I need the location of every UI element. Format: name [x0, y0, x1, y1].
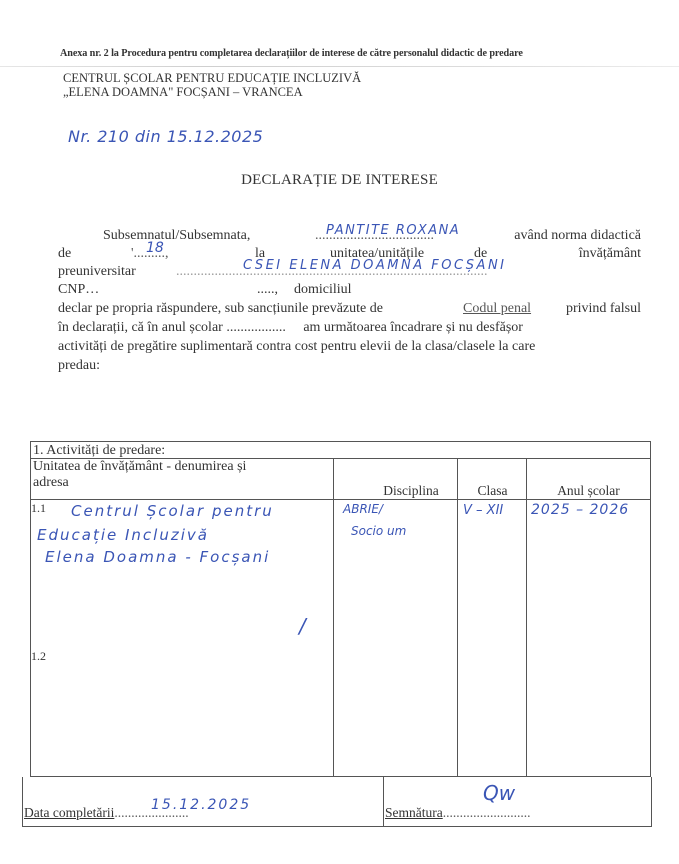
invatamant-label: învățământ — [579, 246, 641, 262]
row1-discipline-handwritten-2[interactable]: Socio um — [351, 524, 406, 538]
declaration-para-line-2: în declarații, că în anul școlar .......… — [58, 320, 641, 338]
norm-field[interactable]: 18 — [146, 240, 164, 256]
col-divider — [526, 458, 527, 776]
cnp-label: CNP… — [58, 282, 99, 298]
annex-reference: Anexa nr. 2 la Procedura pentru completa… — [60, 48, 523, 59]
row1-discipline-handwritten[interactable]: ABRIE/ — [343, 502, 383, 516]
row1-unit-handwritten-3[interactable]: Elena Doamna - Focșani — [45, 548, 270, 566]
para-text-4: predau: — [58, 358, 100, 373]
header-unit-line1: Unitatea de învățământ - denumirea și — [33, 459, 246, 475]
institution-name: CENTRUL ȘCOLAR PENTRU EDUCAȚIE INCLUZIVĂ… — [63, 71, 361, 99]
row1-school-year-handwritten[interactable]: 2025 – 2026 — [531, 502, 629, 518]
date-handwritten[interactable]: 15.12.2025 — [151, 797, 251, 813]
name-field[interactable]: PANTITE ROXANA — [326, 223, 460, 238]
col-divider — [333, 458, 334, 776]
de-label: de — [58, 246, 71, 262]
header-unit: Unitatea de învățământ - denumirea și ad… — [33, 459, 246, 491]
header-unit-line2: adresa — [33, 475, 246, 491]
norma-label: având norma didactică — [514, 228, 641, 244]
col-divider — [457, 458, 458, 776]
activities-table: 1. Activități de predare: Unitatea de în… — [30, 441, 651, 777]
section-title: 1. Activități de predare: — [33, 443, 165, 459]
signature-handwritten[interactable]: Qw — [483, 781, 515, 805]
registration-number-handwritten: Nr. 210 din 15.12.2025 — [68, 127, 263, 146]
row-index-1-1: 1.1 — [31, 501, 46, 516]
row1-unit-handwritten-2[interactable]: Educație Incluzivă — [37, 526, 209, 544]
para-text-1a: declar pe propria răspundere, sub sancți… — [58, 301, 383, 317]
row2-unit-handwritten[interactable]: / — [299, 614, 306, 638]
signature-label: Semnătura — [385, 805, 443, 820]
row1-class-handwritten[interactable]: V – XII — [463, 503, 503, 518]
preuniversitar-label: preuniversitar — [58, 264, 136, 280]
institution-line-1: CENTRUL ȘCOLAR PENTRU EDUCAȚIE INCLUZIVĂ — [63, 71, 361, 85]
signature-row: Data completării...................... 1… — [22, 777, 652, 827]
signature-dots: .......................... — [443, 805, 531, 820]
signature-field: Semnătura.......................... — [385, 805, 530, 821]
declaration-para-line-4: predau: — [58, 358, 641, 376]
para-text-3: activități de pregătire suplimentară con… — [58, 339, 535, 354]
domiciliu-label: domiciliul — [294, 282, 352, 298]
para-text-1b: privind falsul — [566, 301, 641, 317]
unit-field[interactable]: CSEI ELENA DOAMNA FOCȘANI — [243, 258, 507, 273]
date-label: Data completării — [24, 805, 114, 820]
cnp-dots: ....., — [257, 282, 278, 298]
para-text-2: în declarații, că în anul școlar .......… — [58, 320, 523, 335]
row-index-1-2: 1.2 — [31, 649, 46, 664]
declaration-line-3: preuniversitar .........................… — [58, 264, 641, 282]
declaration-para-line-1: declar pe propria răspundere, sub sancți… — [58, 301, 641, 319]
subsemnatul-label: Subsemnatul/Subsemnata, — [103, 228, 250, 244]
row-divider — [31, 499, 650, 500]
declaration-line-4: CNP… ....., domiciliul — [58, 282, 641, 300]
institution-line-2: „ELENA DOAMNA" FOCȘANI – VRANCEA — [63, 85, 361, 99]
header-discipline: Disciplina — [356, 483, 466, 499]
header-class: Clasa — [459, 483, 526, 499]
declaration-para-line-3: activități de pregătire suplimentară con… — [58, 339, 641, 357]
codul-penal-link[interactable]: Codul penal — [463, 301, 531, 317]
header-divider — [0, 66, 679, 67]
row1-unit-handwritten[interactable]: Centrul Școlar pentru — [71, 502, 274, 520]
document-title: DECLARAȚIE DE INTERESE — [0, 172, 679, 189]
header-school-year: Anul școlar — [527, 483, 650, 499]
col-divider — [383, 777, 384, 826]
